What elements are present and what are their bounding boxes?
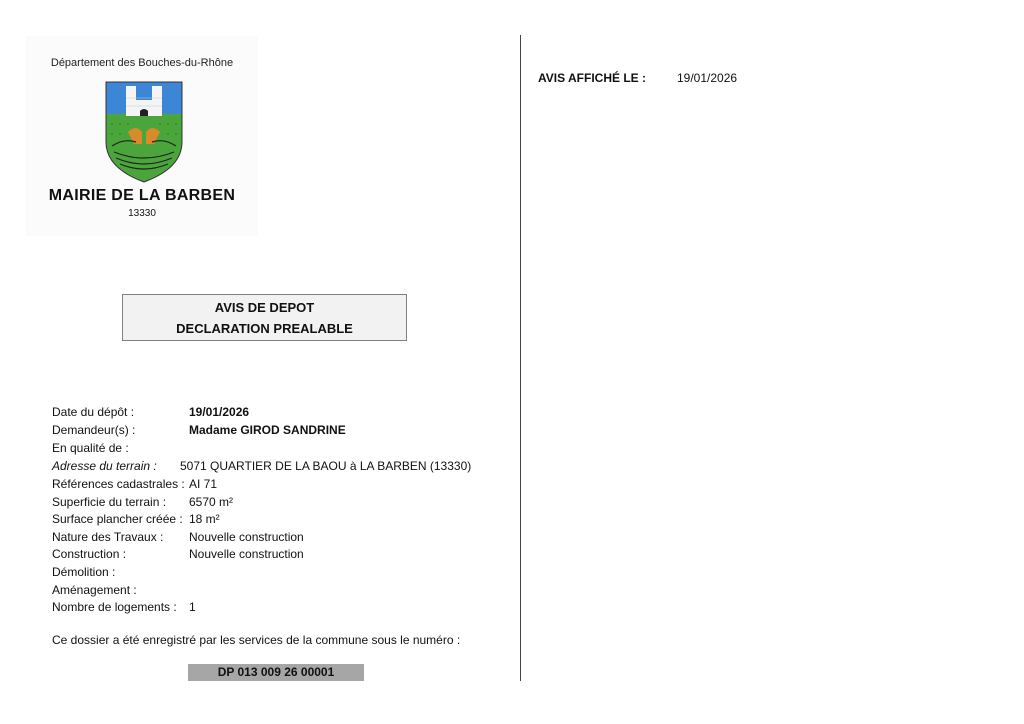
- field-label: Démolition :: [52, 564, 115, 580]
- field-label: Adresse du terrain :: [52, 458, 157, 474]
- field-value: 1: [189, 599, 196, 615]
- field-demandeur: Demandeur(s) : Madame GIROD SANDRINE: [52, 422, 135, 438]
- field-adresse: Adresse du terrain : 5071 QUARTIER DE LA…: [52, 458, 157, 474]
- field-label: En qualité de :: [52, 440, 129, 456]
- field-date-depot: Date du dépôt : 19/01/2026: [52, 404, 134, 420]
- field-label: Références cadastrales :: [52, 476, 185, 492]
- field-value: 19/01/2026: [189, 404, 249, 420]
- column-divider: [520, 35, 521, 681]
- field-label: Nature des Travaux :: [52, 529, 163, 545]
- field-construction: Construction : Nouvelle construction: [52, 546, 126, 562]
- title-line-2: DECLARATION PREALABLE: [123, 318, 406, 339]
- field-label: Aménagement :: [52, 582, 137, 598]
- department-label: Département des Bouches-du-Rhône: [26, 57, 258, 69]
- field-amenagement: Aménagement :: [52, 582, 137, 598]
- field-demolition: Démolition :: [52, 564, 115, 580]
- field-references-cadastrales: Références cadastrales : AI 71: [52, 476, 185, 492]
- posting-label: AVIS AFFICHÉ LE :: [538, 71, 646, 85]
- document-title-box: AVIS DE DEPOT DECLARATION PREALABLE: [122, 294, 407, 341]
- field-label: Superficie du terrain :: [52, 494, 166, 510]
- field-nombre-logements: Nombre de logements : 1: [52, 599, 177, 615]
- field-label: Construction :: [52, 546, 126, 562]
- field-label: Demandeur(s) :: [52, 422, 135, 438]
- coat-of-arms-icon: [104, 80, 184, 184]
- field-value: AI 71: [189, 476, 217, 492]
- registration-notice: Ce dossier a été enregistré par les serv…: [52, 633, 460, 647]
- field-value: 18 m²: [189, 511, 220, 527]
- field-nature-travaux: Nature des Travaux : Nouvelle constructi…: [52, 529, 163, 545]
- field-value: 5071 QUARTIER DE LA BAOU à LA BARBEN (13…: [180, 458, 471, 474]
- title-line-1: AVIS DE DEPOT: [123, 297, 406, 318]
- posting-date: 19/01/2026: [677, 71, 737, 85]
- field-value: Madame GIROD SANDRINE: [189, 422, 346, 438]
- mairie-name: MAIRIE DE LA BARBEN: [26, 187, 258, 205]
- field-superficie: Superficie du terrain : 6570 m²: [52, 494, 166, 510]
- field-surface-plancher: Surface plancher créée : 18 m²: [52, 511, 183, 527]
- field-value: Nouvelle construction: [189, 529, 304, 545]
- postal-code: 13330: [26, 208, 258, 219]
- registration-number: DP 013 009 26 00001: [188, 664, 364, 681]
- field-value: 6570 m²: [189, 494, 233, 510]
- field-qualite: En qualité de :: [52, 440, 129, 456]
- field-label: Date du dépôt :: [52, 404, 134, 420]
- field-value: Nouvelle construction: [189, 546, 304, 562]
- field-label: Nombre de logements :: [52, 599, 177, 615]
- field-label: Surface plancher créée :: [52, 511, 183, 527]
